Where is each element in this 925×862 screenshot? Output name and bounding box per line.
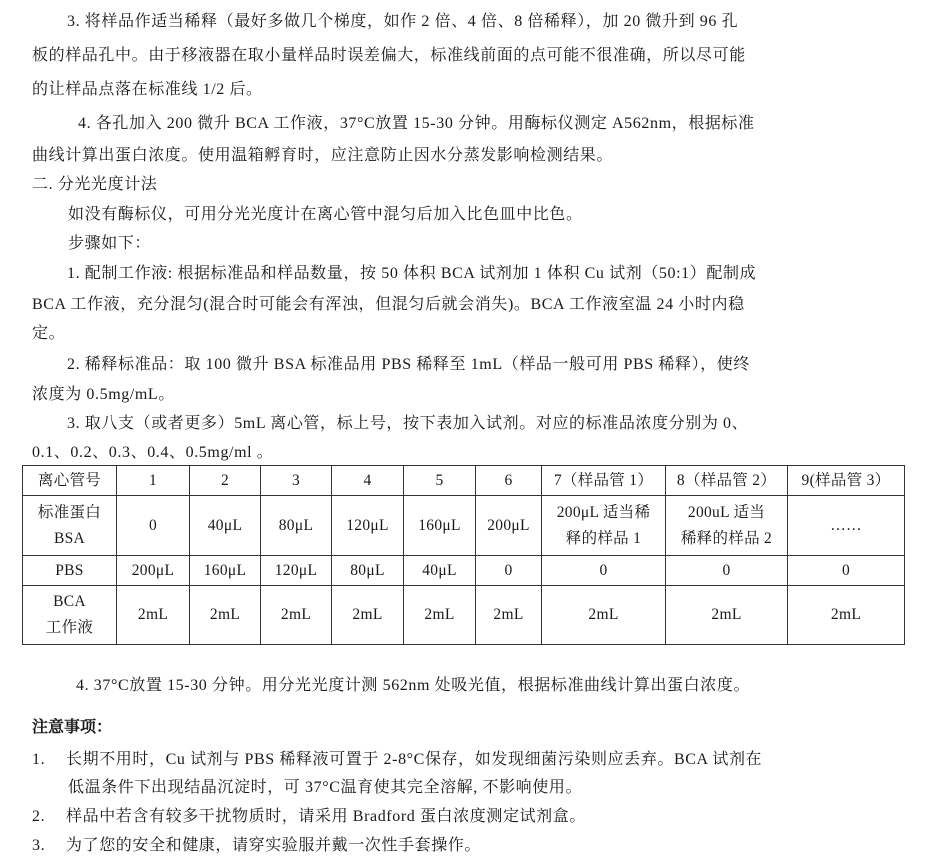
table-cell: 2mL (542, 586, 666, 645)
table-cell: 2mL (666, 586, 788, 645)
row-label-line: 工作液 (25, 615, 114, 641)
table-row-bca: BCA工作液 2mL 2mL 2mL 2mL 2mL 2mL 2mL 2mL 2… (23, 586, 905, 645)
table-cell: 40μL (404, 556, 476, 586)
table-row-bsa: 标准蛋白BSA 0 40μL 80μL 120μL 160μL 200μL 20… (23, 496, 905, 556)
table-header-cell: 离心管号 (23, 466, 117, 496)
table-cell: 200μL (117, 556, 190, 586)
table-cell: 2mL (117, 586, 190, 645)
row-label: BCA工作液 (23, 586, 117, 645)
cell-line: 稀释的样品 2 (668, 526, 785, 552)
table-cell: 0 (788, 556, 905, 586)
note-number: 2. (32, 807, 54, 827)
reagent-table: 离心管号 1 2 3 4 5 6 7（样品管 1） 8（样品管 2） 9(样品管… (22, 465, 905, 645)
table-cell: 2mL (788, 586, 905, 645)
section-heading-spectrophotometer: 二. 分光光度计法 (32, 175, 157, 195)
table-header-cell: 7（样品管 1） (542, 466, 666, 496)
spec-step1-line1: 1. 配制工作液: 根据标准品和样品数量，按 50 体积 BCA 试剂加 1 体… (67, 264, 756, 284)
table-header-cell: 6 (476, 466, 542, 496)
table-cell: 200μL (476, 496, 542, 556)
table-cell: 0 (476, 556, 542, 586)
note-number: 3. (32, 836, 54, 856)
row-label-line: BCA (25, 589, 114, 615)
table-header-cell: 8（样品管 2） (666, 466, 788, 496)
table-header-cell: 2 (190, 466, 261, 496)
table-row-pbs: PBS 200μL 160μL 120μL 80μL 40μL 0 0 0 0 (23, 556, 905, 586)
table-cell: 0 (666, 556, 788, 586)
table-cell: 2mL (404, 586, 476, 645)
table-cell: …… (788, 496, 905, 556)
row-label-line: 标准蛋白 (25, 500, 114, 526)
table-header-cell: 9(样品管 3） (788, 466, 905, 496)
table-cell: 80μL (332, 556, 404, 586)
table-cell: 2mL (332, 586, 404, 645)
notes-heading: 注意事项： (32, 717, 112, 737)
table-cell: 120μL (332, 496, 404, 556)
table-cell: 2mL (261, 586, 332, 645)
table-header-cell: 5 (404, 466, 476, 496)
spec-step2-line2: 浓度为 0.5mg/mL。 (32, 385, 175, 405)
note-text: 为了您的安全和健康，请穿实验服并戴一次性手套操作。 (66, 837, 481, 854)
table-cell: 0 (117, 496, 190, 556)
note-text: 样品中若含有较多干扰物质时，请采用 Bradford 蛋白浓度测定试剂盒。 (66, 808, 586, 825)
table-header-cell: 3 (261, 466, 332, 496)
table-header-cell: 4 (332, 466, 404, 496)
table-header-cell: 1 (117, 466, 190, 496)
table-cell: 2mL (190, 586, 261, 645)
table-cell: 0 (542, 556, 666, 586)
paragraph-step3-line1: 3. 将样品作适当稀释（最好多做几个梯度，如作 2 倍、4 倍、8 倍稀释），加… (67, 12, 738, 32)
table-header-row: 离心管号 1 2 3 4 5 6 7（样品管 1） 8（样品管 2） 9(样品管… (23, 466, 905, 496)
cell-line: 200μL 适当稀 (544, 500, 663, 526)
table-cell: 160μL (190, 556, 261, 586)
spec-step4: 4. 37°C放置 15-30 分钟。用分光光度计测 562nm 处吸光值，根据… (76, 676, 750, 696)
note-number: 1. (32, 750, 54, 770)
steps-label: 步骤如下： (68, 234, 151, 254)
table-cell: 120μL (261, 556, 332, 586)
note-item-1: 1.长期不用时，Cu 试剂与 PBS 稀释液可置于 2-8°C保存，如发现细菌污… (32, 750, 762, 770)
table-cell: 40μL (190, 496, 261, 556)
table-cell: 80μL (261, 496, 332, 556)
spec-step3-line2: 0.1、0.2、0.3、0.4、0.5mg/ml 。 (32, 443, 273, 463)
spec-step1-line3: 定。 (32, 324, 65, 344)
spec-step3-line1: 3. 取八支（或者更多）5mL 离心管，标上号，按下表加入试剂。对应的标准品浓度… (67, 414, 748, 434)
note-item-2: 2.样品中若含有较多干扰物质时，请采用 Bradford 蛋白浓度测定试剂盒。 (32, 807, 586, 827)
row-label-line: BSA (25, 526, 114, 552)
table-cell: 200μL 适当稀释的样品 1 (542, 496, 666, 556)
paragraph-step4-line1: 4. 各孔加入 200 微升 BCA 工作液，37°C放置 15-30 分钟。用… (78, 114, 755, 134)
cell-line: 200uL 适当 (668, 500, 785, 526)
cell-line: 释的样品 1 (544, 526, 663, 552)
spec-step2-line1: 2. 稀释标准品：取 100 微升 BSA 标准品用 PBS 稀释至 1mL（样… (67, 355, 750, 375)
section-intro: 如没有酶标仪，可用分光光度计在离心管中混匀后加入比色皿中比色。 (68, 205, 583, 225)
paragraph-step4-line2: 曲线计算出蛋白浓度。使用温箱孵育时，应注意防止因水分蒸发影响检测结果。 (32, 146, 613, 166)
table-cell: 200uL 适当稀释的样品 2 (666, 496, 788, 556)
note-text: 长期不用时，Cu 试剂与 PBS 稀释液可置于 2-8°C保存，如发现细菌污染则… (66, 751, 762, 768)
spec-step1-line2: BCA 工作液，充分混匀(混合时可能会有浑浊，但混匀后就会消失)。BCA 工作液… (32, 295, 745, 315)
row-label: 标准蛋白BSA (23, 496, 117, 556)
paragraph-step3-line2: 板的样品孔中。由于移液器在取小量样品时误差偏大，标准线前面的点可能不很准确，所以… (32, 46, 746, 66)
note-item-3: 3.为了您的安全和健康，请穿实验服并戴一次性手套操作。 (32, 836, 481, 856)
row-label: PBS (23, 556, 117, 586)
note-item-1-continued: 低温条件下出现结晶沉淀时，可 37°C温育使其完全溶解, 不影响使用。 (68, 778, 582, 798)
paragraph-step3-line3: 的让样品点落在标准线 1/2 后。 (32, 80, 263, 100)
table-cell: 160μL (404, 496, 476, 556)
table-cell: 2mL (476, 586, 542, 645)
